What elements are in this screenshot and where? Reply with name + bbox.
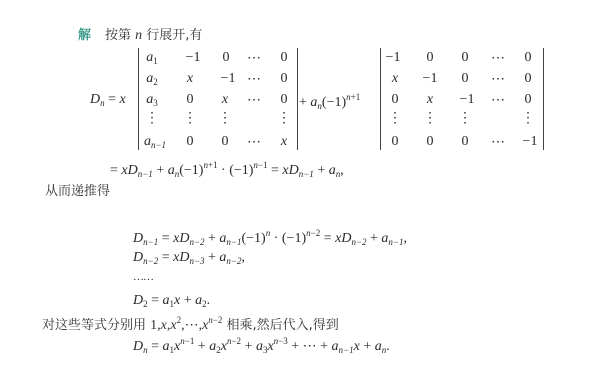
det1-cell: 0 bbox=[264, 71, 304, 87]
det1-cell: 0 bbox=[170, 92, 210, 108]
det2-cell: 0 bbox=[375, 134, 415, 150]
det2-cell: ⋮ bbox=[375, 110, 415, 127]
det1-cell: a2 bbox=[132, 71, 172, 87]
det1-cell: x bbox=[264, 134, 304, 150]
det2-cell: x bbox=[410, 92, 450, 108]
recursion-ellipsis: …… bbox=[133, 271, 153, 283]
recursion-line-2: Dn−2 = xDn−3 + an−2, bbox=[133, 250, 245, 266]
det2-cell: 0 bbox=[410, 134, 450, 150]
det2-cell: ⋮ bbox=[410, 110, 450, 127]
det1-cell: 0 bbox=[264, 92, 304, 108]
solution-label: 解 bbox=[78, 28, 91, 43]
det1-cell: a3 bbox=[132, 92, 172, 108]
det1-cell: 0 bbox=[170, 134, 210, 150]
det1-cell: ⋮ bbox=[170, 110, 210, 127]
det1-cell: ⋮ bbox=[205, 110, 245, 127]
det2-cell: ⋮ bbox=[445, 110, 485, 127]
recursion-line-1: Dn−1 = xDn−2 + an−1(−1)n · (−1)n−2 = xDn… bbox=[133, 228, 407, 247]
det2-cell: 0 bbox=[508, 50, 548, 66]
intro-text: 按第 n 行展开,有 bbox=[105, 28, 202, 43]
det1-cell: a1 bbox=[132, 50, 172, 66]
det1-cell: an−1 bbox=[135, 134, 175, 150]
det1-cell: 0 bbox=[264, 50, 304, 66]
det1-cell: ⋮ bbox=[264, 110, 304, 127]
det2-cell: −1 bbox=[373, 50, 413, 66]
det2-cell: 0 bbox=[508, 92, 548, 108]
det2-cell: −1 bbox=[410, 71, 450, 87]
result-line: = xDn−1 + an(−1)n+1 · (−1)n−1 = xDn−1 + … bbox=[110, 160, 344, 179]
det2-cell: 0 bbox=[410, 50, 450, 66]
det2-cell: ⋮ bbox=[508, 110, 548, 127]
lhs: Dn = x bbox=[90, 92, 126, 108]
det1-cell: ⋮ bbox=[132, 110, 172, 127]
det1-cell: x bbox=[170, 71, 210, 87]
intro-line: 解 按第 n 行展开,有 bbox=[78, 24, 202, 44]
det2-cell: 0 bbox=[375, 92, 415, 108]
det2-cell: x bbox=[375, 71, 415, 87]
det2-cell: 0 bbox=[508, 71, 548, 87]
multiply-text: 对这些等式分别用 1,x,x2,⋯,xn−2 相乘,然后代入,得到 bbox=[42, 314, 339, 334]
recursion-line-last: D2 = a1x + a2. bbox=[133, 293, 210, 309]
middle-term: + an(−1)n+1 bbox=[299, 92, 360, 111]
det2-cell: −1 bbox=[510, 134, 550, 150]
final-result: Dn = a1xn−1 + a2xn−2 + a3xn−3 + ⋯ + an−1… bbox=[133, 336, 390, 355]
recursion-intro: 从而递推得 bbox=[45, 180, 110, 199]
